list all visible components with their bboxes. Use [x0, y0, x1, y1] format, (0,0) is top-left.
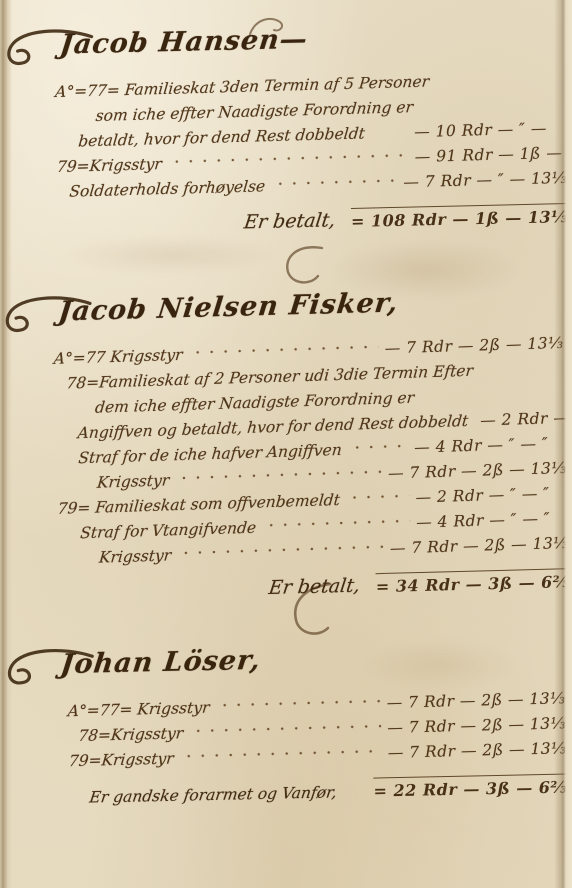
entry-line-text: Krigsstyr — [96, 471, 170, 491]
amount: — 4 Rdr — ″ — ″ — [414, 433, 566, 456]
entry-line-text: 78=Krigsstyr — [77, 724, 184, 745]
page-fore-edge — [554, 0, 572, 888]
ledger-entry-jacob-nielsen-fisker: Jacob Nielsen Fisker, A°=77 Krigsstyr— 7… — [40, 273, 570, 605]
ledger-entry-johan-loser: Johan Löser, A°=77= Krigsstyr— 7 Rdr — 2… — [42, 629, 567, 808]
dotted-leader — [188, 338, 379, 359]
amount: — 10 Rdr — ″ — — [414, 118, 566, 140]
entry-total: Er gandske forarmet og Vanfør, = 22 Rdr … — [89, 774, 567, 807]
entry-name: Johan Löser, — [59, 645, 263, 680]
total-label: Er gandske forarmet og Vanfør, — [88, 783, 338, 806]
page-gutter-edge — [0, 0, 12, 888]
entry-name: Jacob Nielsen Fisker, — [57, 287, 400, 327]
ledger-entry-jacob-hansen: Jacob Hansen— A°=77= Familieskat 3den Te… — [42, 8, 569, 238]
entry-line-text: 79=Krigsstyr — [68, 749, 175, 770]
entry-name: Jacob Hansen— — [58, 24, 309, 61]
amount: — 7 Rdr — 2ß — 13⅓ — [387, 714, 566, 737]
entry-lines: A°=77 Krigsstyr— 7 Rdr — 2ß — 13⅓78=Fami… — [41, 333, 569, 572]
entry-line-text: A°=77= Krigsstyr — [67, 698, 210, 720]
amount: — 91 Rdr — 1ß — — [415, 143, 567, 165]
amount: — 7 Rdr — 2ß — 13⅓ — [384, 333, 563, 357]
amount: — 4 Rdr — ″ — ″ — [416, 508, 568, 531]
entry-line-text: 79=Krigsstyr — [56, 155, 163, 176]
dotted-leader — [420, 382, 559, 402]
amount: — 7 Rdr — 2ß — 13⅓ — [390, 533, 569, 557]
entry-header: Johan Löser, — [42, 629, 565, 696]
dotted-leader — [262, 512, 411, 532]
entry-line-text: Straf for Vtangifvende — [80, 518, 257, 542]
total-amount: = 108 Rdr — 1ß — 13⅓ — [351, 203, 569, 231]
dotted-leader — [419, 92, 560, 111]
total-amount: = 22 Rdr — 3ß — 6⅔ — [373, 774, 567, 801]
amount: — 7 Rdr — 2ß — 13⅓ — [387, 689, 566, 712]
entry-line-text: A°=77 Krigsstyr — [53, 345, 183, 367]
verso-show-through — [60, 235, 280, 275]
entry-header: Jacob Nielsen Fisker, — [40, 273, 563, 343]
entry-line-text: Krigsstyr — [98, 546, 172, 566]
amount: — 7 Rdr — 2ß — 13⅓ — [388, 739, 567, 762]
dotted-leader — [479, 357, 559, 375]
dotted-leader — [346, 487, 410, 504]
manuscript-page: Jacob Hansen— A°=77= Familieskat 3den Te… — [0, 0, 572, 888]
total-label: Er betalt, — [267, 575, 361, 599]
amount: — 7 Rdr — 2ß — 13⅓ — [388, 458, 567, 482]
entry-lines: A°=77= Familieskat 3den Termin af 5 Pers… — [43, 68, 568, 205]
total-amount: = 34 Rdr — 3ß — 6⅔ — [376, 568, 571, 596]
entry-header: Jacob Hansen— — [42, 8, 565, 76]
dotted-leader — [347, 437, 408, 454]
dotted-leader — [271, 172, 398, 191]
total-label: Er betalt, — [242, 209, 336, 233]
dotted-leader — [215, 692, 381, 712]
entry-line-text: Soldaterholds forhøyelse — [69, 177, 266, 201]
entry-lines: A°=77= Krigsstyr— 7 Rdr — 2ß — 13⅓78=Kri… — [44, 689, 567, 775]
amount: — 2 Rdr — ″ — ″ — [415, 483, 567, 506]
dotted-leader — [371, 121, 409, 138]
entry-total: Er betalt, = 108 Rdr — 1ß — 13⅓ — [46, 203, 568, 238]
dotted-leader — [435, 67, 559, 86]
amount: — 7 Rdr — ″ — 13⅓ — [403, 168, 567, 191]
